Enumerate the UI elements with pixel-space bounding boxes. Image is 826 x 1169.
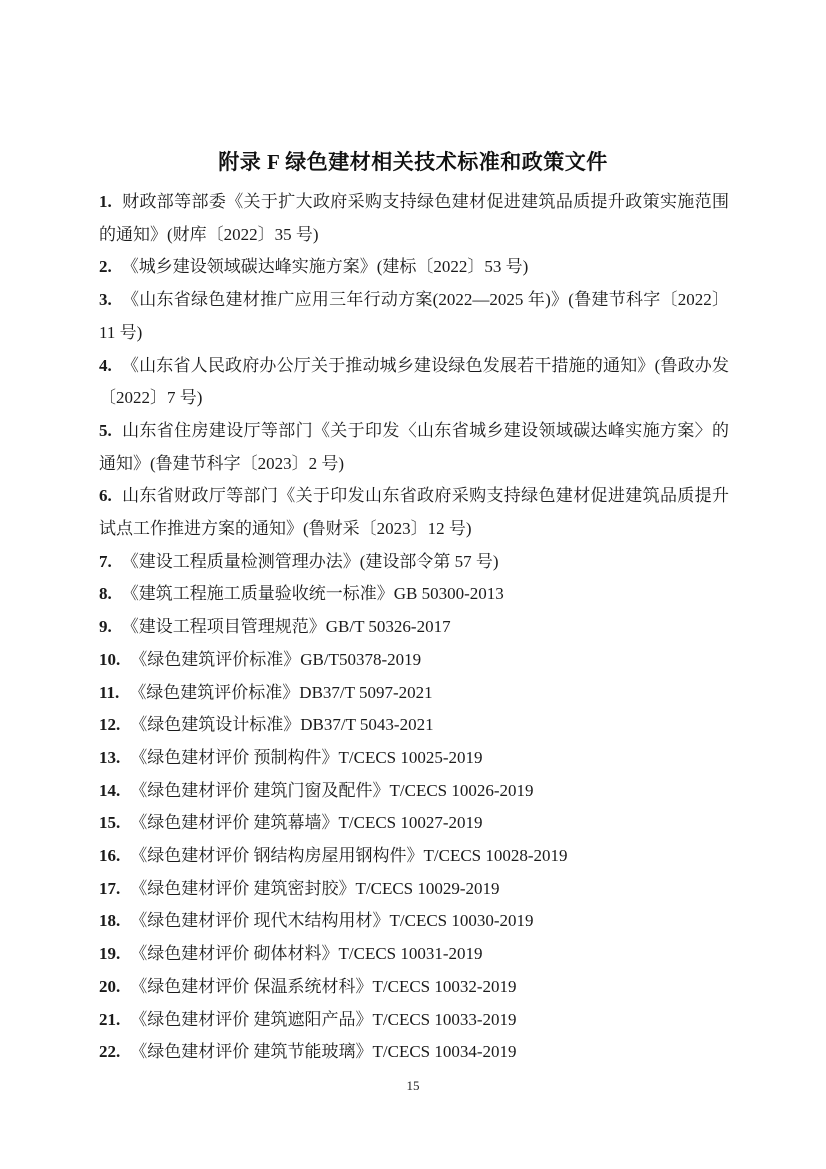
list-item: 18.《绿色建材评价 现代木结构用材》T/CECS 10030-2019 bbox=[99, 905, 729, 938]
item-number: 3. bbox=[99, 290, 112, 309]
page-number: 15 bbox=[0, 1078, 826, 1094]
item-text: 《山东省绿色建材推广应用三年行动方案(2022—2025 年)》(鲁建节科字〔2… bbox=[99, 290, 729, 342]
list-item: 9.《建设工程项目管理规范》GB/T 50326-2017 bbox=[99, 611, 729, 644]
list-item: 21.《绿色建材评价 建筑遮阳产品》T/CECS 10033-2019 bbox=[99, 1004, 729, 1037]
list-item: 22.《绿色建材评价 建筑节能玻璃》T/CECS 10034-2019 bbox=[99, 1036, 729, 1069]
item-text: 《绿色建材评价 现代木结构用材》T/CECS 10030-2019 bbox=[130, 911, 533, 930]
list-item: 4.《山东省人民政府办公厅关于推动城乡建设绿色发展若干措施的通知》(鲁政办发〔2… bbox=[99, 350, 729, 415]
item-number: 8. bbox=[99, 584, 112, 603]
item-number: 2. bbox=[99, 257, 112, 276]
item-text: 《建设工程质量检测管理办法》(建设部令第 57 号) bbox=[122, 552, 499, 571]
list-item: 12.《绿色建筑设计标准》DB37/T 5043-2021 bbox=[99, 709, 729, 742]
item-number: 16. bbox=[99, 846, 120, 865]
list-item: 3.《山东省绿色建材推广应用三年行动方案(2022—2025 年)》(鲁建节科字… bbox=[99, 284, 729, 349]
item-text: 《建设工程项目管理规范》GB/T 50326-2017 bbox=[122, 617, 451, 636]
item-text: 《绿色建材评价 建筑幕墙》T/CECS 10027-2019 bbox=[130, 813, 482, 832]
item-text: 《绿色建材评价 建筑门窗及配件》T/CECS 10026-2019 bbox=[130, 781, 533, 800]
item-text: 《绿色建材评价 建筑密封胶》T/CECS 10029-2019 bbox=[130, 879, 499, 898]
item-text: 《绿色建材评价 建筑节能玻璃》T/CECS 10034-2019 bbox=[130, 1042, 516, 1061]
item-text: 山东省财政厅等部门《关于印发山东省政府采购支持绿色建材促进建筑品质提升试点工作推… bbox=[99, 486, 729, 538]
standards-list: 1.财政部等部委《关于扩大政府采购支持绿色建材促进建筑品质提升政策实施范围的通知… bbox=[99, 186, 729, 1069]
item-number: 6. bbox=[99, 486, 112, 505]
list-item: 1.财政部等部委《关于扩大政府采购支持绿色建材促进建筑品质提升政策实施范围的通知… bbox=[99, 186, 729, 251]
page-title: 附录 F 绿色建材相关技术标准和政策文件 bbox=[0, 146, 826, 176]
item-text: 《绿色建材评价 砌体材料》T/CECS 10031-2019 bbox=[130, 944, 482, 963]
item-text: 财政部等部委《关于扩大政府采购支持绿色建材促进建筑品质提升政策实施范围的通知》(… bbox=[99, 192, 729, 244]
item-text: 《绿色建筑设计标准》DB37/T 5043-2021 bbox=[130, 715, 433, 734]
item-number: 15. bbox=[99, 813, 120, 832]
item-number: 11. bbox=[99, 683, 119, 702]
list-item: 5.山东省住房建设厅等部门《关于印发〈山东省城乡建设领域碳达峰实施方案〉的通知》… bbox=[99, 415, 729, 480]
item-number: 18. bbox=[99, 911, 120, 930]
list-item: 20.《绿色建材评价 保温系统材科》T/CECS 10032-2019 bbox=[99, 971, 729, 1004]
item-text: 《绿色建筑评价标准》DB37/T 5097-2021 bbox=[129, 683, 432, 702]
list-item: 14.《绿色建材评价 建筑门窗及配件》T/CECS 10026-2019 bbox=[99, 775, 729, 808]
item-number: 22. bbox=[99, 1042, 120, 1061]
list-item: 11.《绿色建筑评价标准》DB37/T 5097-2021 bbox=[99, 677, 729, 710]
item-text: 《山东省人民政府办公厅关于推动城乡建设绿色发展若干措施的通知》(鲁政办发〔202… bbox=[99, 356, 729, 408]
list-item: 15.《绿色建材评价 建筑幕墙》T/CECS 10027-2019 bbox=[99, 807, 729, 840]
list-item: 19.《绿色建材评价 砌体材料》T/CECS 10031-2019 bbox=[99, 938, 729, 971]
item-number: 9. bbox=[99, 617, 112, 636]
item-number: 7. bbox=[99, 552, 112, 571]
item-number: 13. bbox=[99, 748, 120, 767]
item-text: 《绿色建材评价 钢结构房屋用钢构件》T/CECS 10028-2019 bbox=[130, 846, 567, 865]
list-item: 6.山东省财政厅等部门《关于印发山东省政府采购支持绿色建材促进建筑品质提升试点工… bbox=[99, 480, 729, 545]
item-number: 4. bbox=[99, 356, 112, 375]
document-page: 附录 F 绿色建材相关技术标准和政策文件 1.财政部等部委《关于扩大政府采购支持… bbox=[0, 0, 826, 1169]
item-text: 《城乡建设领域碳达峰实施方案》(建标〔2022〕53 号) bbox=[122, 257, 529, 276]
item-number: 12. bbox=[99, 715, 120, 734]
item-number: 21. bbox=[99, 1010, 120, 1029]
item-text: 《绿色建筑评价标准》GB/T50378-2019 bbox=[130, 650, 421, 669]
item-number: 1. bbox=[99, 192, 112, 211]
item-text: 《建筑工程施工质量验收统一标准》GB 50300-2013 bbox=[122, 584, 504, 603]
item-number: 19. bbox=[99, 944, 120, 963]
list-item: 2.《城乡建设领域碳达峰实施方案》(建标〔2022〕53 号) bbox=[99, 251, 729, 284]
list-item: 13.《绿色建材评价 预制构件》T/CECS 10025-2019 bbox=[99, 742, 729, 775]
item-text: 《绿色建材评价 预制构件》T/CECS 10025-2019 bbox=[130, 748, 482, 767]
item-number: 17. bbox=[99, 879, 120, 898]
item-number: 5. bbox=[99, 421, 112, 440]
item-number: 14. bbox=[99, 781, 120, 800]
list-item: 17.《绿色建材评价 建筑密封胶》T/CECS 10029-2019 bbox=[99, 873, 729, 906]
item-number: 20. bbox=[99, 977, 120, 996]
item-text: 《绿色建材评价 建筑遮阳产品》T/CECS 10033-2019 bbox=[130, 1010, 516, 1029]
item-text: 山东省住房建设厅等部门《关于印发〈山东省城乡建设领域碳达峰实施方案〉的通知》(鲁… bbox=[99, 421, 729, 473]
list-item: 8.《建筑工程施工质量验收统一标准》GB 50300-2013 bbox=[99, 578, 729, 611]
item-number: 10. bbox=[99, 650, 120, 669]
list-item: 10.《绿色建筑评价标准》GB/T50378-2019 bbox=[99, 644, 729, 677]
list-item: 16.《绿色建材评价 钢结构房屋用钢构件》T/CECS 10028-2019 bbox=[99, 840, 729, 873]
item-text: 《绿色建材评价 保温系统材科》T/CECS 10032-2019 bbox=[130, 977, 516, 996]
list-item: 7.《建设工程质量检测管理办法》(建设部令第 57 号) bbox=[99, 546, 729, 579]
